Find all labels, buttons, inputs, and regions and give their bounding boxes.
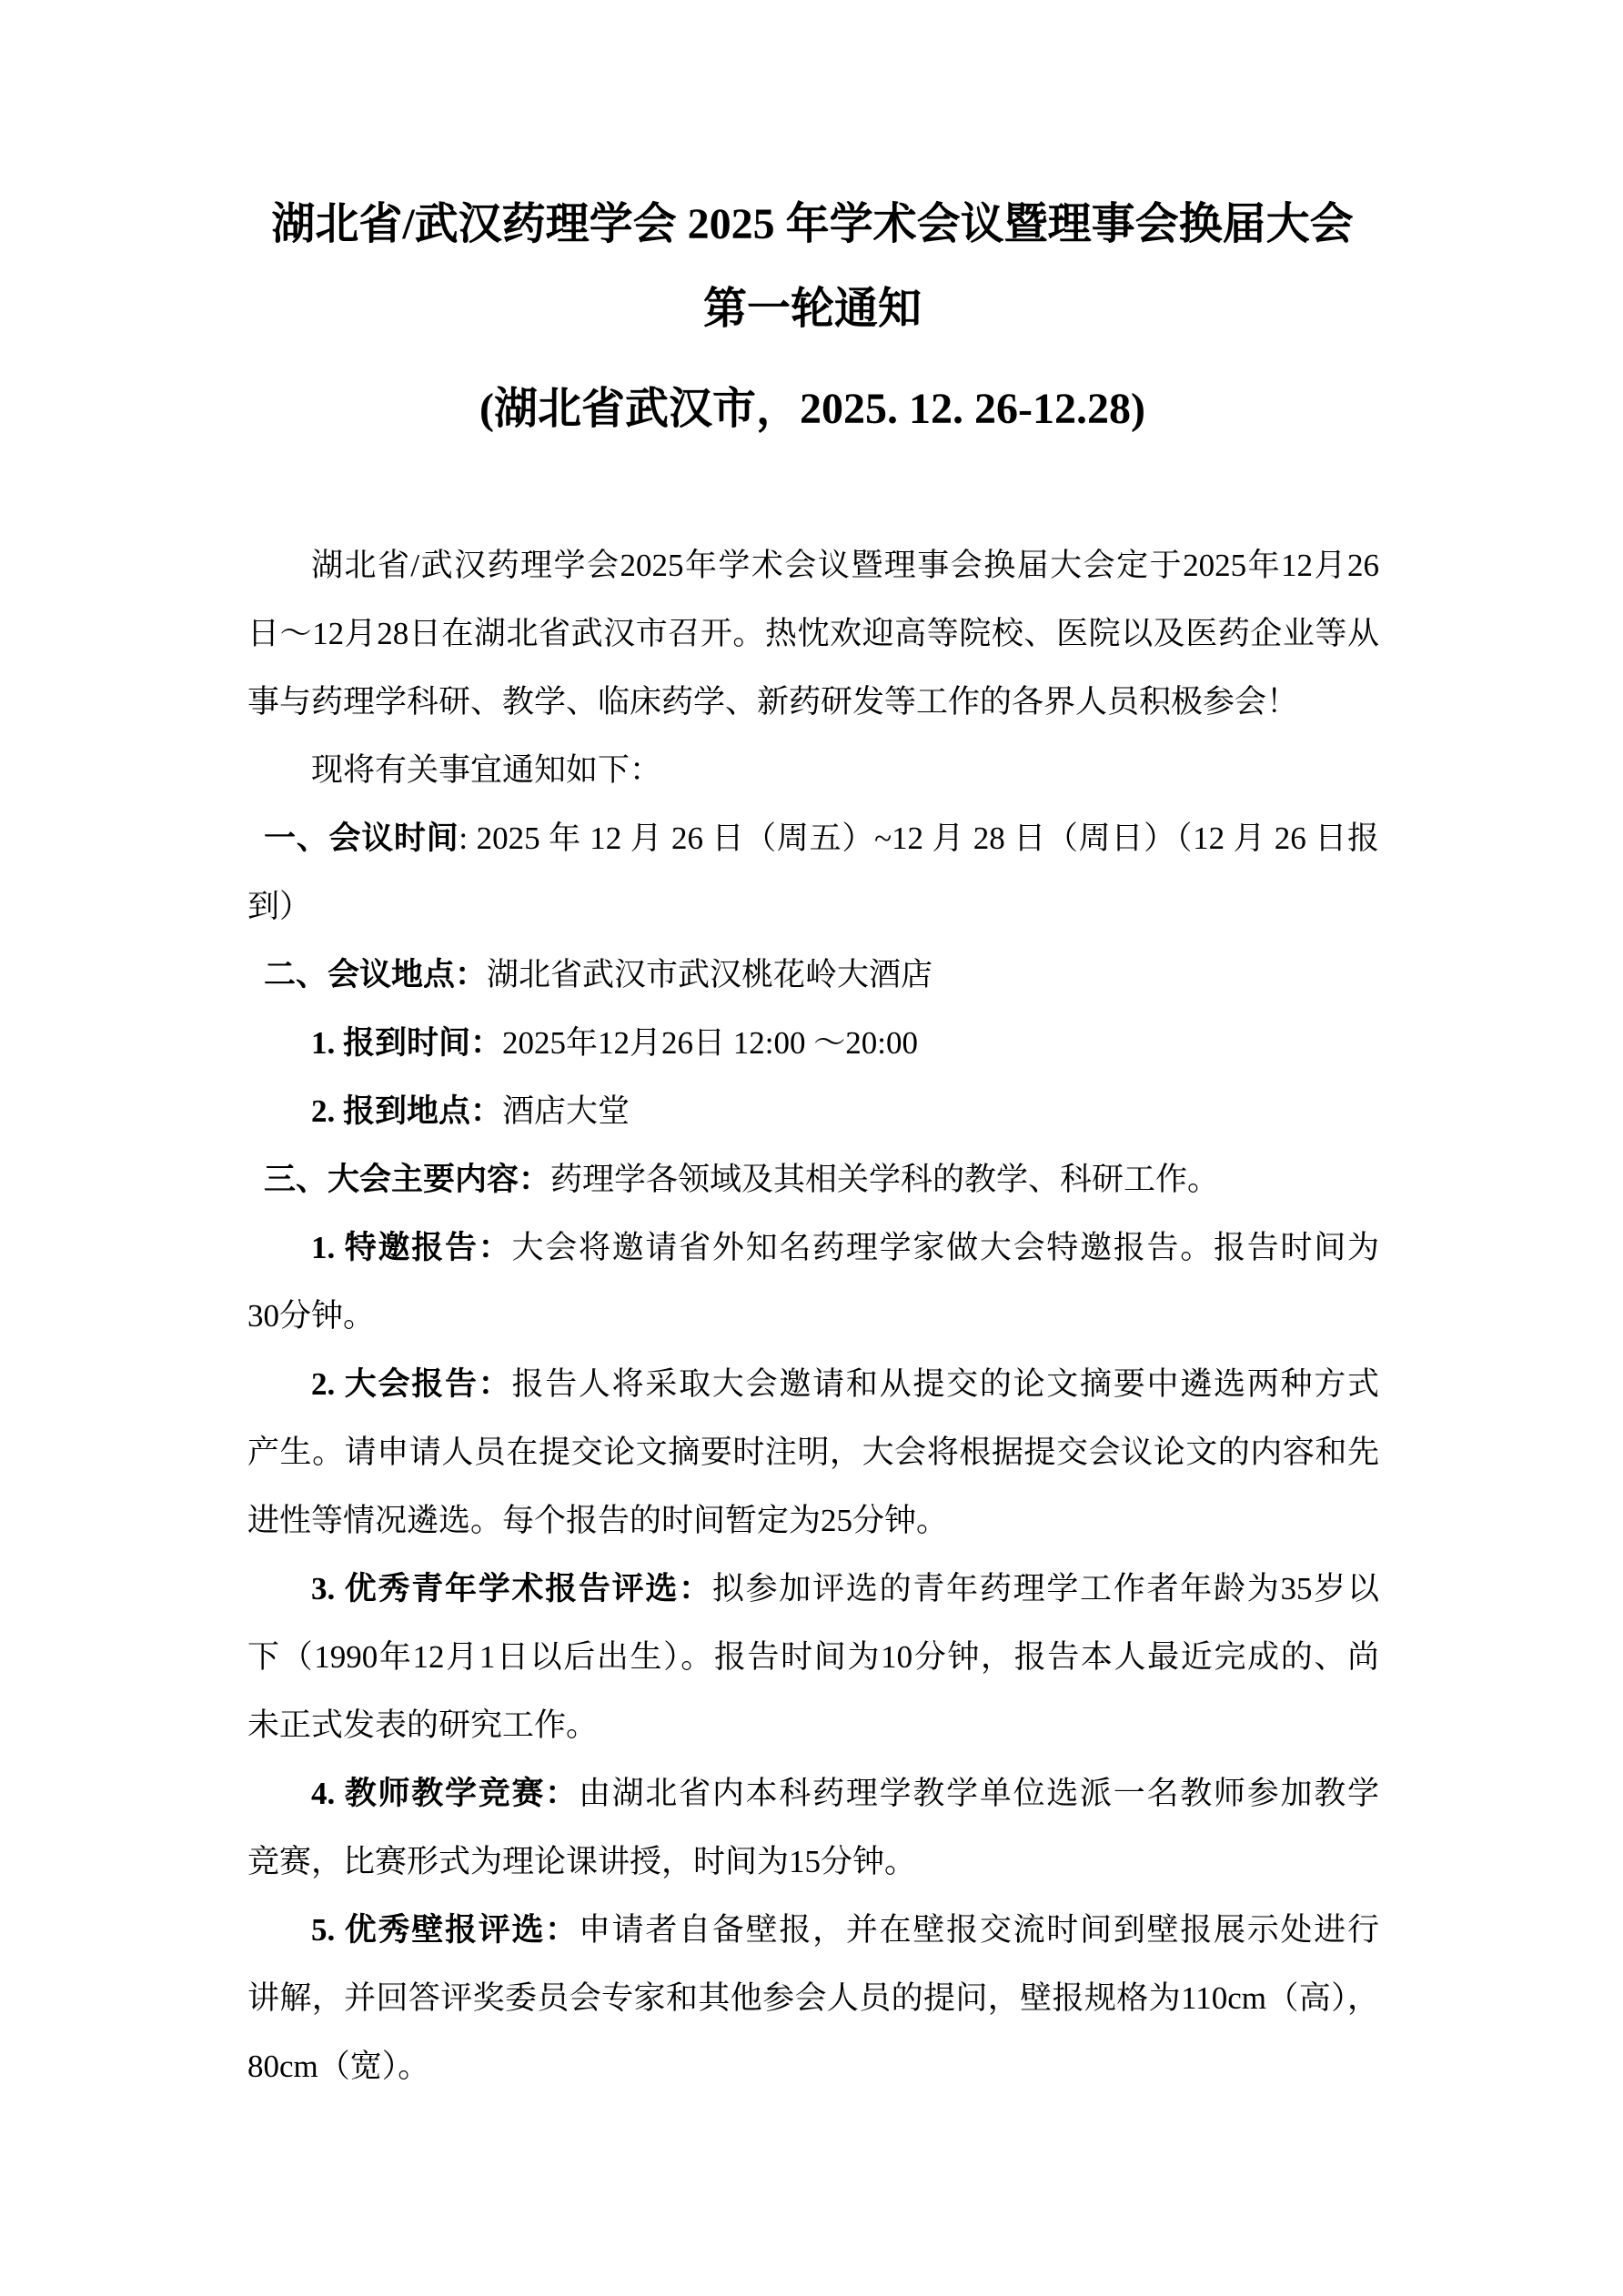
section-1-meeting-time: 一、会议时间: 2025 年 12 月 26 日（周五）~12 月 28 日（周… (247, 804, 1379, 872)
document-title-line-2: 第一轮通知 (246, 285, 1379, 334)
item-4-teaching-competition-line-2: 竞赛，比赛形式为理论课讲授，时间为15分钟。 (247, 1828, 1379, 1896)
item-2-plenary-reports-line-1: 2. 大会报告：报告人将采取大会邀请和从提交的论文摘要中遴选两种方式 (247, 1350, 1379, 1418)
document-page: 湖北省/武汉药理学会 2025 年学术会议暨理事会换届大会 第一轮通知 (湖北省… (0, 0, 1623, 2296)
subitem-checkin-place-text: 酒店大堂 (502, 1093, 630, 1129)
item-3-text: 拟参加评选的青年药理学工作者年龄为35岁以 (712, 1571, 1379, 1606)
subitem-checkin-time-text: 2025年12月26日 12:00 ～20:00 (502, 1025, 918, 1061)
item-5-poster-award-line-2: 讲解，并回答评奖委员会专家和其他参会人员的提问，壁报规格为110cm（高）， (247, 1964, 1379, 2032)
document-title-line-1: 湖北省/武汉药理学会 2025 年学术会议暨理事会换届大会 (246, 200, 1379, 249)
item-2-plenary-reports-line-2: 产生。请申请人员在提交论文摘要时注明，大会将根据提交会议论文的内容和先 (247, 1418, 1379, 1486)
section-1-continuation: 到） (247, 872, 1379, 941)
item-3-young-scholar-award-line-2: 下（1990年12月1日以后出生）。报告时间为10分钟，报告本人最近完成的、尚 (247, 1623, 1379, 1691)
item-2-plenary-reports-line-3: 进性等情况遴选。每个报告的时间暂定为25分钟。 (247, 1486, 1379, 1555)
item-3-young-scholar-award-line-1: 3. 优秀青年学术报告评选：拟参加评选的青年药理学工作者年龄为35岁以 (247, 1555, 1379, 1623)
section-2-text: 湖北省武汉市武汉桃花岭大酒店 (487, 957, 932, 992)
subitem-checkin-place: 2. 报到地点：酒店大堂 (247, 1077, 1379, 1145)
item-5-poster-award-line-3: 80cm（宽）。 (247, 2032, 1379, 2100)
item-1-text: 大会将邀请省外知名药理学家做大会特邀报告。报告时间为 (511, 1230, 1379, 1265)
section-2-meeting-place: 二、会议地点：湖北省武汉市武汉桃花岭大酒店 (247, 941, 1379, 1009)
item-4-text: 由湖北省内本科药理学教学单位选派一名教师参加教学 (579, 1776, 1379, 1811)
item-1-invited-reports-line-2: 30分钟。 (247, 1282, 1379, 1350)
section-1-label: 一、会议时间 (264, 821, 459, 856)
section-3-label: 三、大会主要内容： (264, 1162, 550, 1197)
item-1-invited-reports-line-1: 1. 特邀报告：大会将邀请省外知名药理学家做大会特邀报告。报告时间为 (247, 1213, 1379, 1282)
item-3-young-scholar-award-line-3: 未正式发表的研究工作。 (247, 1691, 1379, 1759)
section-3-text: 药理学各领域及其相关学科的教学、科研工作。 (550, 1162, 1219, 1197)
subitem-checkin-time-label: 1. 报到时间： (311, 1025, 502, 1061)
section-2-label: 二、会议地点： (264, 957, 487, 992)
intro-paragraph-line-1: 湖北省/武汉药理学会2025年学术会议暨理事会换届大会定于2025年12月26 (247, 531, 1379, 599)
item-4-teaching-competition-line-1: 4. 教师教学竞赛：由湖北省内本科药理学教学单位选派一名教师参加教学 (247, 1759, 1379, 1828)
document-title-line-3: (湖北省武汉市，2025. 12. 26-12.28) (246, 385, 1379, 434)
intro-paragraph-line-3: 事与药理学科研、教学、临床药学、新药研发等工作的各界人员积极参会！ (247, 668, 1379, 736)
item-3-label: 3. 优秀青年学术报告评选： (311, 1571, 712, 1606)
intro-paragraph-line-2: 日～12月28日在湖北省武汉市召开。热忱欢迎高等院校、医院以及医药企业等从 (247, 599, 1379, 668)
section-1-text: : 2025 年 12 月 26 日（周五）~12 月 28 日（周日）（12 … (459, 821, 1379, 856)
document-body: 湖北省/武汉药理学会2025年学术会议暨理事会换届大会定于2025年12月26 … (247, 531, 1379, 2100)
item-5-label: 5. 优秀壁报评选： (311, 1912, 579, 1948)
item-2-label: 2. 大会报告： (311, 1366, 511, 1402)
subitem-checkin-time: 1. 报到时间：2025年12月26日 12:00 ～20:00 (247, 1009, 1379, 1077)
subitem-checkin-place-label: 2. 报到地点： (311, 1093, 502, 1129)
item-2-text: 报告人将采取大会邀请和从提交的论文摘要中遴选两种方式 (511, 1366, 1379, 1402)
item-1-label: 1. 特邀报告： (311, 1230, 511, 1265)
section-3-main-content: 三、大会主要内容：药理学各领域及其相关学科的教学、科研工作。 (247, 1145, 1379, 1213)
item-5-poster-award-line-1: 5. 优秀壁报评选：申请者自备壁报，并在壁报交流时间到壁报展示处进行 (247, 1896, 1379, 1964)
item-5-text: 申请者自备壁报，并在壁报交流时间到壁报展示处进行 (579, 1912, 1379, 1948)
item-4-label: 4. 教师教学竞赛： (311, 1776, 579, 1811)
notice-line: 现将有关事宜通知如下： (247, 736, 1379, 804)
